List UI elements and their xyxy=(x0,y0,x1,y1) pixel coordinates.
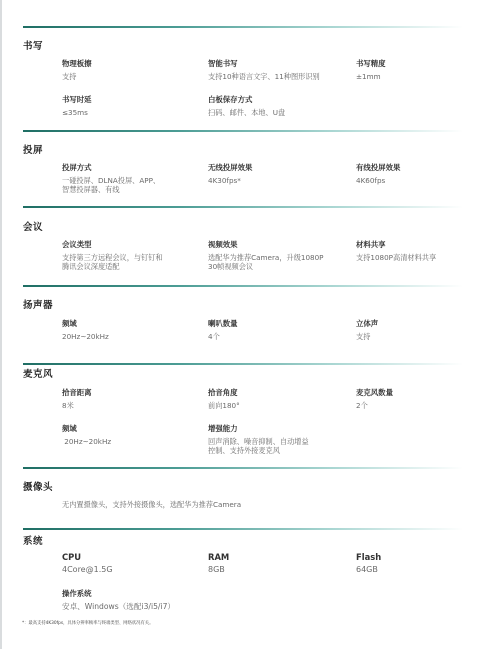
spec-label: 拾音距离 xyxy=(62,388,92,398)
section-title-meeting: 会议 xyxy=(23,219,43,233)
spec-value: 4Core@1.5G xyxy=(62,565,113,574)
spec-label: 智能书写 xyxy=(208,59,320,69)
spec-value: 20Hz~20kHz xyxy=(62,332,109,341)
spec-value: 安卓、Windows（选配i3/i5/i7） xyxy=(62,602,175,611)
spec-operating-system: 操作系统 安卓、Windows（选配i3/i5/i7） xyxy=(62,589,175,611)
spec-value: ±1mm xyxy=(356,72,386,81)
spec-value: 前向180° xyxy=(208,401,240,410)
spec-pickup-distance: 拾音距离 8米 xyxy=(62,388,92,410)
spec-value-line2: 腾讯会议深度适配 xyxy=(62,262,163,271)
section-divider xyxy=(23,285,463,287)
spec-value: 8GB xyxy=(208,565,229,574)
spec-value: 支持 xyxy=(356,332,378,341)
page-left-border xyxy=(0,0,2,649)
spec-speaker-count: 喇叭数量 4个 xyxy=(208,319,238,341)
spec-value: ≤35ms xyxy=(62,108,92,117)
section-title-camera: 摄像头 xyxy=(23,479,53,493)
spec-value: 20Hz~20kHz xyxy=(62,437,111,446)
section-title-writing: 书写 xyxy=(23,38,43,52)
section-divider xyxy=(23,130,463,132)
spec-label: 材料共享 xyxy=(356,240,436,250)
spec-label: 拾音角度 xyxy=(208,388,240,398)
spec-label: 物理板擦 xyxy=(62,59,92,69)
spec-writing-latency: 书写时延 ≤35ms xyxy=(62,95,92,117)
spec-ram: RAM 8GB xyxy=(208,552,229,574)
spec-label: 无线投屏效果 xyxy=(208,163,252,173)
spec-label: CPU xyxy=(62,552,113,562)
spec-value: 4K30fps* xyxy=(208,176,252,185)
spec-label: 投屏方式 xyxy=(62,163,160,173)
spec-value: 支持10种语言文字、11种图形识别 xyxy=(208,72,320,81)
spec-label: 会议类型 xyxy=(62,240,163,250)
spec-value: 8米 xyxy=(62,401,92,410)
spec-label: Flash xyxy=(356,552,381,562)
section-title-speaker: 扬声器 xyxy=(23,297,53,311)
spec-label: 白板保存方式 xyxy=(208,95,285,105)
spec-value: 4个 xyxy=(208,332,238,341)
spec-stereo: 立体声 支持 xyxy=(356,319,378,341)
spec-value: 回声消除、噪音抑制、自动增益 xyxy=(208,437,309,446)
footnote: *：最高支持4K30fps，具体分辨率帧率与终端类型、网络状况有关。 xyxy=(22,620,153,626)
spec-smart-writing: 智能书写 支持10种语言文字、11种图形识别 xyxy=(208,59,320,81)
spec-label: 喇叭数量 xyxy=(208,319,238,329)
section-divider xyxy=(23,467,463,469)
section-title-system: 系统 xyxy=(23,533,43,547)
spec-value: 支持第三方远程会议，与钉钉和 xyxy=(62,253,163,262)
spec-value-line2: 智慧投屏器、有线 xyxy=(62,185,160,194)
spec-label: 书写精度 xyxy=(356,59,386,69)
spec-value: 2个 xyxy=(356,401,393,410)
spec-flash: Flash 64GB xyxy=(356,552,381,574)
section-divider xyxy=(23,363,463,365)
spec-value: 64GB xyxy=(356,565,381,574)
spec-wireless-projection: 无线投屏效果 4K30fps* xyxy=(208,163,252,185)
spec-label: 有线投屏效果 xyxy=(356,163,400,173)
spec-video-effect: 视频效果 选配华为推荐Camera，升级1080P 30帧视频会议 xyxy=(208,240,324,271)
spec-label: 操作系统 xyxy=(62,589,175,599)
spec-label: 增强能力 xyxy=(208,424,309,434)
spec-speaker-frequency: 频域 20Hz~20kHz xyxy=(62,319,109,341)
spec-label: RAM xyxy=(208,552,229,562)
spec-writing-precision: 书写精度 ±1mm xyxy=(356,59,386,81)
spec-physical-eraser: 物理板擦 支持 xyxy=(62,59,92,81)
section-divider xyxy=(23,206,463,208)
spec-mic-count: 麦克风数量 2个 xyxy=(356,388,393,410)
spec-pickup-angle: 拾音角度 前向180° xyxy=(208,388,240,410)
spec-value-line2: 控制、支持外接麦克风 xyxy=(208,446,309,455)
spec-meeting-type: 会议类型 支持第三方远程会议，与钉钉和 腾讯会议深度适配 xyxy=(62,240,163,271)
spec-mic-frequency: 频域 20Hz~20kHz xyxy=(62,424,111,446)
spec-value: 支持 xyxy=(62,72,92,81)
spec-label: 视频效果 xyxy=(208,240,324,250)
spec-value: 4K60fps xyxy=(356,176,400,185)
section-divider xyxy=(23,26,463,28)
spec-cpu: CPU 4Core@1.5G xyxy=(62,552,113,574)
spec-whiteboard-save: 白板保存方式 扫码、邮件、本地、U盘 xyxy=(208,95,285,117)
spec-material-sharing: 材料共享 支持1080P高清材料共享 xyxy=(356,240,436,262)
section-divider xyxy=(23,528,463,530)
spec-label: 书写时延 xyxy=(62,95,92,105)
spec-label: 立体声 xyxy=(356,319,378,329)
spec-label: 麦克风数量 xyxy=(356,388,393,398)
spec-projection-method: 投屏方式 一碰投屏、DLNA投屏、APP、 智慧投屏器、有线 xyxy=(62,163,160,194)
spec-enhancement: 增强能力 回声消除、噪音抑制、自动增益 控制、支持外接麦克风 xyxy=(208,424,309,455)
spec-label: 频域 xyxy=(62,424,111,434)
section-title-projection: 投屏 xyxy=(23,142,43,156)
spec-value: 扫码、邮件、本地、U盘 xyxy=(208,108,285,117)
spec-value: 支持1080P高清材料共享 xyxy=(356,253,436,262)
spec-label: 频域 xyxy=(62,319,109,329)
spec-value-line2: 30帧视频会议 xyxy=(208,262,324,271)
camera-description: 无内置摄像头，支持外接摄像头，选配华为推荐Camera xyxy=(62,500,241,510)
section-title-microphone: 麦克风 xyxy=(23,366,53,380)
spec-wired-projection: 有线投屏效果 4K60fps xyxy=(356,163,400,185)
spec-value: 一碰投屏、DLNA投屏、APP、 xyxy=(62,176,160,185)
spec-value: 选配华为推荐Camera，升级1080P xyxy=(208,253,324,262)
